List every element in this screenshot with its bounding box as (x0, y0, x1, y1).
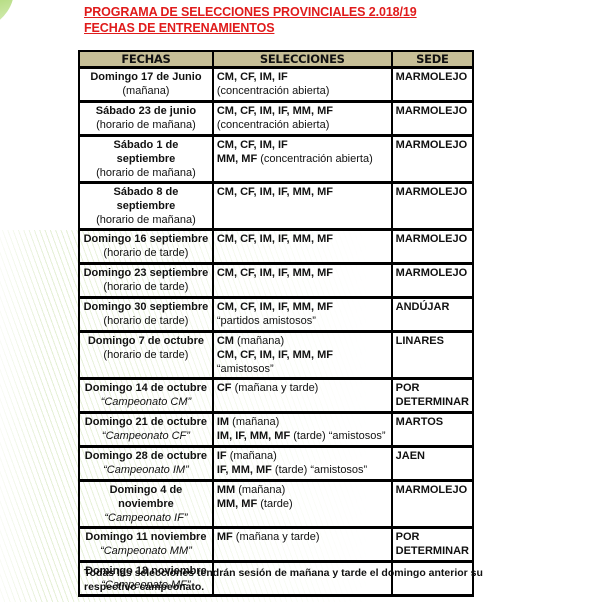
selection-codes: CM, CF, IM, IF (217, 71, 288, 83)
fecha-detail: (horario de mañana) (83, 166, 209, 180)
table-header-row: FECHAS SELECCIONES SEDE (79, 51, 473, 68)
selection-note: (mañana) (229, 416, 279, 428)
selecciones-line: CM (mañana) (217, 334, 388, 348)
cell-sede: POR DETERMINAR (392, 379, 473, 413)
cell-fecha: Domingo 17 de Junio(mañana) (79, 68, 213, 102)
selection-note: (concentración abierta) (217, 85, 330, 97)
fecha-date: Domingo 7 de octubre (83, 334, 209, 348)
selection-codes: CM, CF, IM, IF, MM, MF (217, 301, 333, 313)
fecha-date: Domingo 14 de octubre (83, 381, 209, 395)
table-row: Sábado 23 de junio(horario de mañana)CM,… (79, 102, 473, 136)
footnote: Todas las selecciones tendrán sesión de … (84, 566, 504, 594)
cell-selecciones: MF (mañana y tarde) (213, 528, 392, 562)
fecha-detail: (horario de mañana) (83, 118, 209, 132)
cell-fecha: Domingo 23 septiembre(horario de tarde) (79, 264, 213, 298)
selecciones-line: MF (mañana y tarde) (217, 530, 388, 544)
selection-codes: CF (217, 382, 232, 394)
fecha-detail: (horario de tarde) (83, 280, 209, 294)
cell-fecha: Domingo 4 de noviembre“Campeonato IF” (79, 481, 213, 528)
selecciones-line: CM, CF, IM, IF (217, 138, 388, 152)
fecha-detail: (horario de mañana) (83, 213, 209, 227)
selection-note: (mañana y tarde) (233, 531, 320, 543)
table-row: Sábado 1 de septiembre(horario de mañana… (79, 136, 473, 183)
cell-sede: MARMOLEJO (392, 68, 473, 102)
title-line-1: PROGRAMA DE SELECCIONES PROVINCIALES 2.0… (84, 4, 417, 20)
cell-sede: MARMOLEJO (392, 264, 473, 298)
table-row: Domingo 11 noviembre“Campeonato MM”MF (m… (79, 528, 473, 562)
cell-sede: MARTOS (392, 413, 473, 447)
cell-fecha: Domingo 14 de octubre“Campeonato CM” (79, 379, 213, 413)
fecha-date: Domingo 11 noviembre (83, 530, 209, 544)
table-row: Domingo 4 de noviembre“Campeonato IF”MM … (79, 481, 473, 528)
fecha-detail: (mañana) (83, 84, 209, 98)
selecciones-line: IF, MM, MF (tarde) “amistosos” (217, 463, 388, 477)
cell-sede: LINARES (392, 332, 473, 379)
header-sede: SEDE (392, 51, 473, 68)
selecciones-line: CM, CF, IM, IF, MM, MF “amistosos” (217, 348, 388, 376)
fecha-date: Domingo 23 septiembre (83, 266, 209, 280)
cell-selecciones: CM, CF, IM, IFMM, MF (concentración abie… (213, 136, 392, 183)
cell-sede: MARMOLEJO (392, 136, 473, 183)
cell-fecha: Domingo 21 de octubre“Campeonato CF” (79, 413, 213, 447)
table-row: Domingo 14 de octubre“Campeonato CM”CF (… (79, 379, 473, 413)
table-row: Domingo 30 septiembre(horario de tarde)C… (79, 298, 473, 332)
selecciones-line: CM, CF, IM, IF, MM, MF (217, 232, 388, 246)
selection-codes: CM (217, 335, 234, 347)
selecciones-line: (concentración abierta) (217, 118, 388, 132)
selection-note: (mañana) (234, 335, 284, 347)
fecha-date: Domingo 28 de octubre (83, 449, 209, 463)
fecha-date: Domingo 21 de octubre (83, 415, 209, 429)
cell-selecciones: CM (mañana)CM, CF, IM, IF, MM, MF “amist… (213, 332, 392, 379)
cell-fecha: Domingo 11 noviembre“Campeonato MM” (79, 528, 213, 562)
table-row: Domingo 23 septiembre(horario de tarde)C… (79, 264, 473, 298)
cell-sede: MARMOLEJO (392, 230, 473, 264)
selecciones-line: MM, MF (concentración abierta) (217, 152, 388, 166)
selecciones-line: CM, CF, IM, IF, MM, MF (217, 104, 388, 118)
selecciones-line: MM, MF (tarde) (217, 497, 388, 511)
selection-codes: IM, IF, MM, MF (217, 430, 290, 442)
selecciones-line: CM, CF, IM, IF, MM, MF (217, 300, 388, 314)
selection-codes: MM, MF (217, 153, 257, 165)
document-title: PROGRAMA DE SELECCIONES PROVINCIALES 2.0… (84, 4, 417, 36)
selection-note: (mañana y tarde) (232, 382, 319, 394)
fecha-detail: “Campeonato CM” (83, 395, 209, 409)
selection-codes: CM, CF, IM, IF, MM, MF (217, 349, 333, 361)
header-fechas: FECHAS (79, 51, 213, 68)
selection-codes: CM, CF, IM, IF, MM, MF (217, 186, 333, 198)
cell-fecha: Sábado 1 de septiembre(horario de mañana… (79, 136, 213, 183)
cell-sede: MARMOLEJO (392, 481, 473, 528)
table-row: Sábado 8 de septiembre(horario de mañana… (79, 183, 473, 230)
selection-note: (concentración abierta) (217, 119, 330, 131)
selection-note: “amistosos” (217, 363, 274, 375)
fecha-date: Sábado 8 de septiembre (83, 185, 209, 213)
selection-codes: CM, CF, IM, IF, MM, MF (217, 105, 333, 117)
selection-note: “partidos amistosos” (217, 315, 316, 327)
fecha-detail: “Campeonato IF” (83, 511, 209, 525)
selection-codes: IF (217, 450, 227, 462)
cell-selecciones: IF (mañana)IF, MM, MF (tarde) “amistosos… (213, 447, 392, 481)
decorative-leaf (0, 0, 15, 30)
table-row: Domingo 17 de Junio(mañana)CM, CF, IM, I… (79, 68, 473, 102)
cell-selecciones: CM, CF, IM, IF(concentración abierta) (213, 68, 392, 102)
selection-note: (concentración abierta) (257, 153, 373, 165)
cell-sede: JAEN (392, 447, 473, 481)
selection-codes: MF (217, 531, 233, 543)
cell-fecha: Domingo 16 septiembre(horario de tarde) (79, 230, 213, 264)
cell-fecha: Domingo 30 septiembre(horario de tarde) (79, 298, 213, 332)
cell-sede: MARMOLEJO (392, 102, 473, 136)
cell-fecha: Domingo 7 de octubre(horario de tarde) (79, 332, 213, 379)
fecha-date: Sábado 1 de septiembre (83, 138, 209, 166)
fecha-detail: (horario de tarde) (83, 314, 209, 328)
table-row: Domingo 21 de octubre“Campeonato CF”IM (… (79, 413, 473, 447)
cell-selecciones: IM (mañana)IM, IF, MM, MF (tarde) “amist… (213, 413, 392, 447)
cell-sede: ANDÚJAR (392, 298, 473, 332)
selection-codes: CM, CF, IM, IF, MM, MF (217, 267, 333, 279)
selecciones-line: CM, CF, IM, IF, MM, MF (217, 185, 388, 199)
selection-note: (tarde) “amistosos” (272, 464, 367, 476)
selection-codes: CM, CF, IM, IF, MM, MF (217, 233, 333, 245)
fecha-date: Domingo 30 septiembre (83, 300, 209, 314)
fecha-detail: “Campeonato CF” (83, 429, 209, 443)
title-line-2: FECHAS DE ENTRENAMIENTOS (84, 20, 417, 36)
selecciones-line: IM (mañana) (217, 415, 388, 429)
fecha-date: Domingo 4 de noviembre (83, 483, 209, 511)
cell-selecciones: MM (mañana)MM, MF (tarde) (213, 481, 392, 528)
table-body: Domingo 17 de Junio(mañana)CM, CF, IM, I… (79, 68, 473, 596)
cell-selecciones: CM, CF, IM, IF, MM, MF (213, 230, 392, 264)
fecha-date: Domingo 17 de Junio (83, 70, 209, 84)
cell-fecha: Sábado 8 de septiembre(horario de mañana… (79, 183, 213, 230)
selecciones-line: “partidos amistosos” (217, 314, 388, 328)
selecciones-line: CM, CF, IM, IF (217, 70, 388, 84)
cell-sede: MARMOLEJO (392, 183, 473, 230)
fecha-detail: (horario de tarde) (83, 348, 209, 362)
cell-selecciones: CM, CF, IM, IF, MM, MF (213, 264, 392, 298)
selection-note: (mañana) (227, 450, 277, 462)
selecciones-line: MM (mañana) (217, 483, 388, 497)
selecciones-line: CM, CF, IM, IF, MM, MF (217, 266, 388, 280)
table-row: Domingo 16 septiembre(horario de tarde)C… (79, 230, 473, 264)
table-row: Domingo 7 de octubre(horario de tarde)CM… (79, 332, 473, 379)
schedule-table: FECHAS SELECCIONES SEDE Domingo 17 de Ju… (78, 50, 474, 597)
selection-note: (tarde) “amistosos” (290, 430, 385, 442)
selection-codes: IM (217, 416, 229, 428)
selection-codes: CM, CF, IM, IF (217, 139, 288, 151)
fecha-detail: (horario de tarde) (83, 246, 209, 260)
table-row: Domingo 28 de octubre“Campeonato IM”IF (… (79, 447, 473, 481)
cell-fecha: Sábado 23 de junio(horario de mañana) (79, 102, 213, 136)
selecciones-line: CF (mañana y tarde) (217, 381, 388, 395)
cell-sede: POR DETERMINAR (392, 528, 473, 562)
selecciones-line: (concentración abierta) (217, 84, 388, 98)
selection-codes: MM (217, 484, 235, 496)
cell-fecha: Domingo 28 de octubre“Campeonato IM” (79, 447, 213, 481)
selecciones-line: IF (mañana) (217, 449, 388, 463)
fecha-date: Sábado 23 de junio (83, 104, 209, 118)
selection-note: (mañana) (235, 484, 285, 496)
header-selecciones: SELECCIONES (213, 51, 392, 68)
selecciones-line: IM, IF, MM, MF (tarde) “amistosos” (217, 429, 388, 443)
fecha-detail: “Campeonato IM” (83, 463, 209, 477)
cell-selecciones: CM, CF, IM, IF, MM, MF“partidos amistoso… (213, 298, 392, 332)
cell-selecciones: CF (mañana y tarde) (213, 379, 392, 413)
fecha-detail: “Campeonato MM” (83, 544, 209, 558)
selection-codes: IF, MM, MF (217, 464, 272, 476)
cell-selecciones: CM, CF, IM, IF, MM, MF (213, 183, 392, 230)
cell-selecciones: CM, CF, IM, IF, MM, MF(concentración abi… (213, 102, 392, 136)
selection-codes: MM, MF (217, 498, 257, 510)
fecha-date: Domingo 16 septiembre (83, 232, 209, 246)
selection-note: (tarde) (257, 498, 292, 510)
